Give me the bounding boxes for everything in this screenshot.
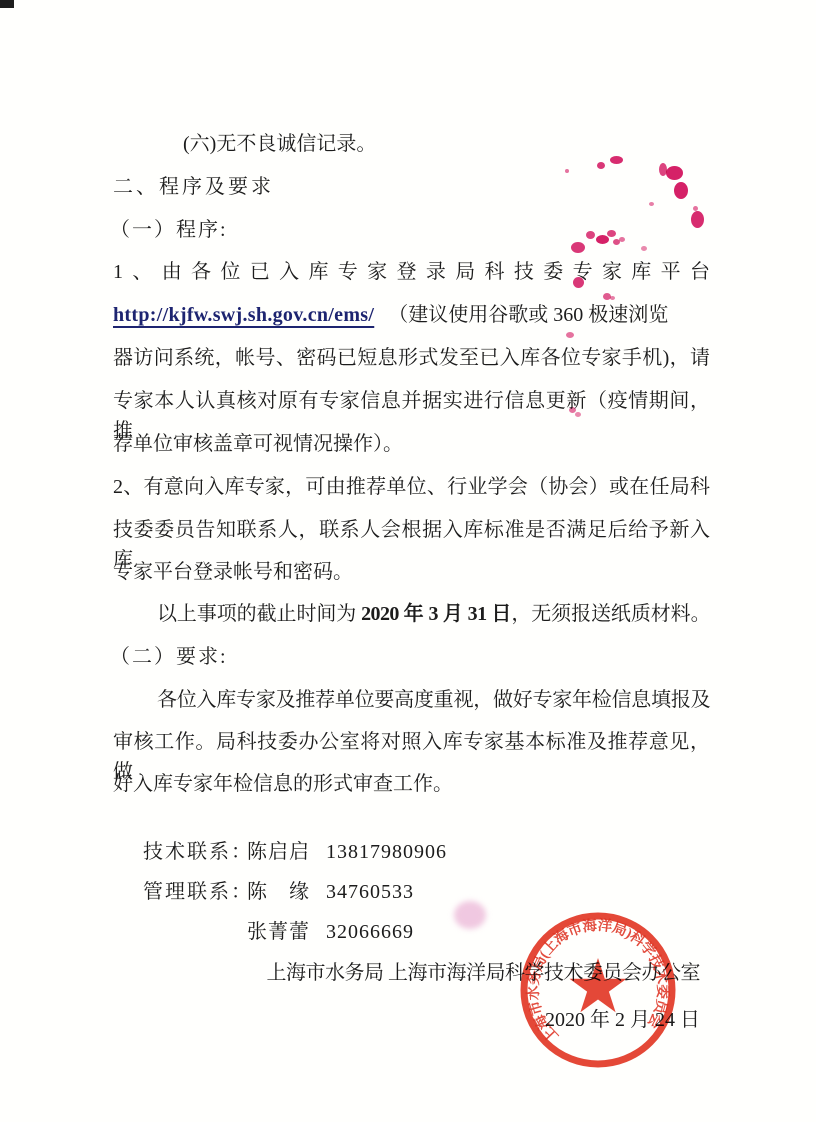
contact-name: 陈启启 [247, 837, 310, 867]
deadline-text-post: ，无须报送纸质材料。 [511, 603, 710, 625]
ink-spot [691, 211, 704, 228]
deadline-line: 以上事项的截止时间为 2020 年 3 月 31 日，无须报送纸质材料。 [113, 599, 710, 629]
ink-spot [610, 156, 623, 164]
ink-spot [565, 169, 569, 173]
deadline-text-pre: 以上事项的截止时间为 [157, 603, 361, 625]
ink-spot [610, 296, 615, 300]
contact-phone: 34760533 [326, 877, 414, 907]
contact-phone: 13817980906 [326, 837, 447, 867]
ink-spot [596, 235, 609, 244]
official-seal: 上海市水务局(上海市海洋局)科学技术委员会 [513, 905, 683, 1075]
ink-smudge [454, 901, 486, 929]
body-line-9: 2、有意向入库专家，可由推荐单位、行业学会（协会）或在任局科 [113, 472, 710, 502]
seal-star-icon [570, 958, 627, 1012]
ink-spot [575, 412, 581, 417]
ink-spot [619, 237, 625, 242]
contact-name: 陈 缘 [247, 877, 310, 907]
scan-corner-mark [0, 0, 14, 8]
body-line-8: 荐单位审核盖章可视情况操作）。 [113, 429, 710, 459]
scanned-document-page: (六)无不良诚信记录。 二、程序及要求 （一）程序: 1、由各位已入库专家登录局… [0, 0, 816, 1122]
ink-spot [666, 166, 683, 180]
contact-row-admin-1: 管理联系： 陈 缘 34760533 [0, 877, 816, 907]
body-line-16: 好入库专家年检信息的形式审查工作。 [113, 769, 710, 799]
ink-spot [597, 162, 605, 169]
body-line-1: (六)无不良诚信记录。 [113, 129, 710, 159]
contact-label: 管理联系： [143, 877, 253, 907]
ink-spot [641, 246, 647, 251]
ink-spot [571, 242, 585, 253]
ink-spot [566, 332, 574, 338]
ink-spot [586, 231, 595, 239]
section-heading-2: 二、程序及要求 [113, 172, 710, 202]
ink-spot [649, 202, 654, 206]
body-line-5-rest: （建议使用谷歌或 360 极速浏览 [388, 304, 668, 326]
contact-row-admin-2: 张菁蕾 32066669 [0, 917, 816, 947]
body-line-4: 1、由各位已入库专家登录局科技委专家库平台 [113, 257, 710, 287]
contact-row-technical: 技术联系： 陈启启 13817980906 [0, 837, 816, 867]
contact-phone: 32066669 [326, 917, 414, 947]
body-line-5: http://kjfw.swj.sh.gov.cn/ems/（建议使用谷歌或 3… [113, 300, 710, 330]
body-line-11: 专家平台登录帐号和密码。 [113, 557, 710, 587]
body-line-6: 器访问系统，帐号、密码已短息形式发至已入库各位专家手机)，请 [113, 343, 710, 373]
ink-spot [573, 277, 584, 288]
ink-spot [674, 182, 688, 199]
contact-name: 张菁蕾 [247, 917, 310, 947]
expert-platform-url: http://kjfw.swj.sh.gov.cn/ems/ [113, 304, 374, 326]
body-line-14: 各位入库专家及推荐单位要高度重视，做好专家年检信息填报及 [113, 685, 710, 715]
deadline-date: 2020 年 3 月 31 日 [361, 603, 511, 625]
contact-label: 技术联系： [143, 837, 253, 867]
ink-spot [607, 230, 616, 237]
subsection-heading-2: （二）要求: [110, 642, 707, 672]
